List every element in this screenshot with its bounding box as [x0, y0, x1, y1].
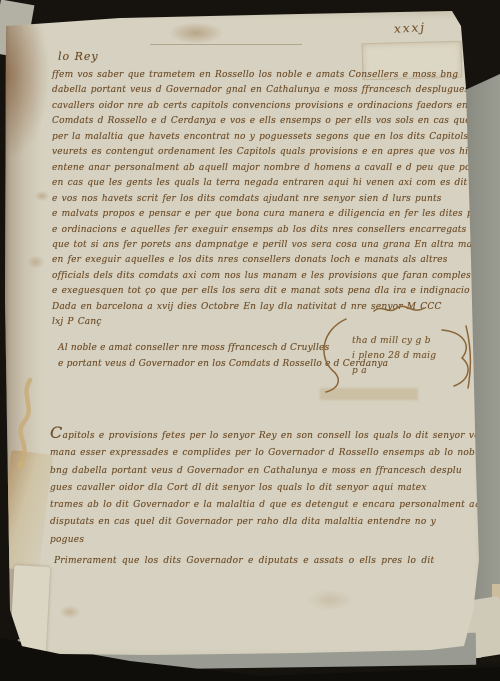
manuscript-text-line: que tot si ans fer porets ans dampnatge …	[52, 238, 500, 253]
chapters-heading-paragraph: Capitols e provisions fetes per lo senyo…	[50, 424, 500, 549]
manuscript-text-line: en fer exeguir aquelles e los dits nres …	[52, 253, 500, 268]
manuscript-text-line: en cas que les gents les quals la terra …	[52, 176, 500, 191]
manuscript-text-line: Dada en barcelona a xvij dies Octobre En…	[52, 300, 500, 315]
manuscript-text-line: mana esser expressades e complides per l…	[50, 445, 500, 462]
manuscript-text-line: disputats en cas quel dit Governador per…	[50, 514, 500, 531]
manuscript-text-line: veurets es contengut ordenament les Capi…	[52, 145, 500, 160]
manuscript-text-line: e malvats propos e pensar e per que bona…	[52, 207, 500, 222]
manuscript-page: xxxj lo Rey ffem vos saber que trametem …	[0, 0, 500, 681]
manuscript-photo: xxxj lo Rey ffem vos saber que trametem …	[0, 0, 500, 681]
bracket-mark	[314, 316, 350, 396]
manuscript-text-line: bng dabella portant veus d Governador en…	[50, 463, 500, 480]
manuscript-text-line: e ordinacions e aquelles fer exeguir ens…	[52, 223, 500, 238]
manuscript-text-line: gues cavaller oidor dla Cort dl dit seny…	[50, 480, 500, 497]
letter-body-paragraph: ffem vos saber que trametem en Rossello …	[52, 68, 500, 331]
manuscript-text-line: dabella portant veus d Governador gnal e…	[52, 83, 500, 98]
dating-squiggle-mark	[372, 302, 426, 318]
manuscript-text-line: p a	[352, 364, 436, 379]
marginal-registry-note: tha d mill cy g bi pleno 28 d maigp a	[352, 334, 436, 379]
first-chapter-item: Primerament que los dits Governador e di…	[54, 556, 434, 566]
manuscript-text-line: Capitols e provisions fetes per lo senyo…	[50, 424, 500, 445]
manuscript-text-line: Comdats d Rossello e d Cerdanya e vos e …	[52, 114, 500, 129]
manuscript-text-line: cavallers oidor nre ab certs capitols co…	[52, 99, 500, 114]
manuscript-text-line: e exeguesquen tot ço que per ells los se…	[52, 284, 500, 299]
manuscript-text-line: officials dels dits comdats axi com nos …	[52, 269, 500, 284]
closing-flourish-mark	[438, 322, 478, 392]
royal-salutation: lo Rey	[58, 50, 99, 63]
wax-drip-stain	[6, 378, 50, 470]
manuscript-text-line: ffem vos saber que trametem en Rossello …	[52, 68, 500, 83]
manuscript-text-line: e vos nos havets scrit fer los dits comd…	[52, 192, 500, 207]
manuscript-text-line: entene anar personalment ab aquell major…	[52, 161, 500, 176]
manuscript-text-line: tha d mill cy g b	[352, 334, 436, 349]
manuscript-text-line: lxj P Canç	[52, 315, 500, 330]
manuscript-text-line: pogues	[50, 532, 500, 549]
manuscript-text-line: per la malaltia que havets encontrat no …	[52, 130, 500, 145]
manuscript-text-line: trames ab lo dit Governador e la malalti…	[50, 497, 500, 514]
folio-number: xxxj	[394, 20, 427, 36]
manuscript-text-line: i pleno 28 d maig	[352, 349, 436, 364]
ruled-guide-line	[150, 44, 302, 45]
